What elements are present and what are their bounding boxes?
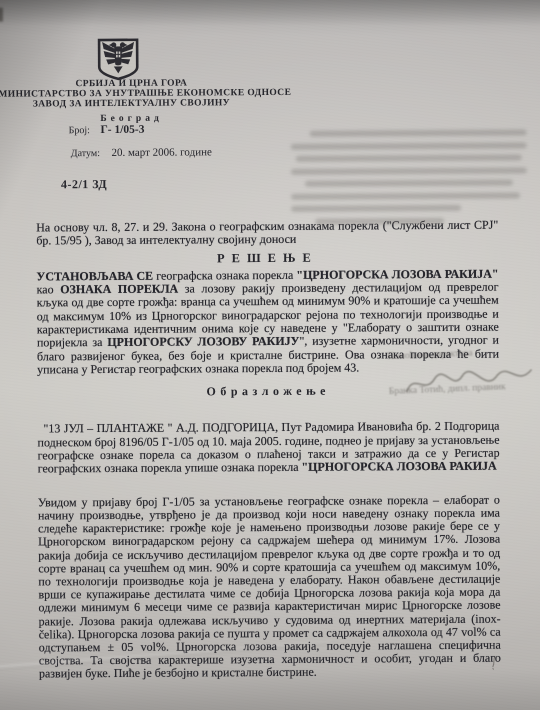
file-reference: 4-2/1 ЗД	[61, 177, 107, 192]
date-label: Датум:	[71, 148, 100, 159]
case-number-row: Број: Г- 1/05-3	[69, 124, 145, 136]
number-label: Број:	[69, 125, 90, 136]
paper-page: СРБИЈА И ЦРНА ГОРА МИНИСТАРСТВО ЗА УНУТР…	[0, 0, 540, 710]
signature-ghost	[404, 362, 535, 399]
stray-ink-mark	[488, 655, 500, 671]
applicant-paragraph: "13 ЈУЛ – ПЛАНТАЖЕ " А.Д. ПОДГОРИЦА, Пут…	[37, 420, 499, 476]
reverse-side-show-through	[291, 129, 528, 230]
number-value: Г- 1/05-3	[100, 124, 144, 136]
signature-show-through: Помоћник директора Бранка Тотић, дипл. п…	[387, 346, 540, 398]
coat-of-arms-icon	[95, 37, 141, 83]
date-row: Датум: 20. март 2006. године	[71, 146, 212, 159]
document-photo: СРБИЈА И ЦРНА ГОРА МИНИСТАРСТВО ЗА УНУТР…	[0, 0, 540, 710]
findings-paragraph: Увидом у пријаву број Г-1/05 за установљ…	[38, 493, 501, 681]
decision-heading: РЕШЕЊЕ	[36, 249, 498, 267]
letterhead: СРБИЈА И ЦРНА ГОРА МИНИСТАРСТВО ЗА УНУТР…	[0, 78, 265, 125]
date-value: 20. март 2006. године	[111, 146, 211, 159]
photo-edge-artifact	[0, 8, 3, 22]
office-name: ЗАВОД ЗА ИНТЕЛЕКТУАЛНУ СВОЈИНУ	[0, 98, 264, 110]
document-body: На основу чл. 8, 27. и 29. Закона о геог…	[36, 219, 501, 681]
